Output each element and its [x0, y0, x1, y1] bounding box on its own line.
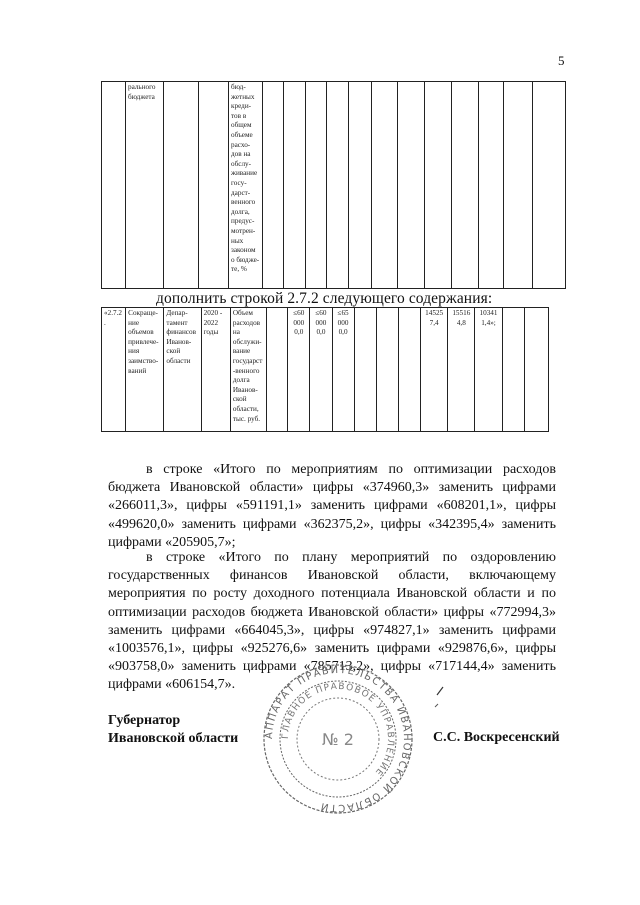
table-row: «2.7.2. Сокраще-ние объемов привлече-ния…	[102, 308, 549, 432]
cell-value-2020: 14525 7,4	[421, 308, 448, 432]
cell	[452, 82, 479, 289]
cell	[425, 82, 452, 289]
cell	[263, 82, 284, 289]
instruction-text: дополнить строкой 2.7.2 следующего содер…	[156, 290, 492, 308]
cell	[372, 82, 398, 289]
cell-responsible: Депар-тамент финансов Иванов-ской област…	[164, 308, 201, 432]
stamp-center-text: № 2	[322, 730, 354, 749]
cell-responsible	[164, 82, 199, 289]
signatory-title-line2: Ивановской области	[108, 730, 238, 748]
cell	[504, 82, 533, 289]
signatory-title: Губернатор Ивановской области	[108, 712, 238, 748]
cell-value-2021: 15516 4,8	[448, 308, 475, 432]
amendment-paragraph-1: в строке «Итого по мероприятиям по оптим…	[108, 461, 556, 552]
cell	[524, 308, 548, 432]
cell	[267, 308, 288, 432]
cell	[479, 82, 504, 289]
cell	[533, 82, 566, 289]
cell	[349, 82, 372, 289]
cell	[502, 308, 524, 432]
cell-number	[102, 82, 126, 289]
cell-target-2021: ≤60 000 0,0	[310, 308, 332, 432]
cell	[398, 308, 420, 432]
cell	[354, 308, 376, 432]
cell-indicator: Объем расходов на обслужи-вание государс…	[230, 308, 266, 432]
cell	[398, 82, 425, 289]
new-row-table: «2.7.2. Сокраще-ние объемов привлече-ния…	[101, 307, 549, 432]
page-number: 5	[558, 53, 565, 69]
cell-value-2022: 10341 1,4»;	[475, 308, 502, 432]
cell-target-2020: ≤60 000 0,0	[288, 308, 310, 432]
signatory-title-line1: Губернатор	[108, 712, 238, 730]
table-row: рального бюджета бюд-жетных креди-тов в …	[102, 82, 566, 289]
signature-mark-icon	[433, 683, 453, 713]
cell-target-2022: ≤65 000 0,0	[332, 308, 354, 432]
cell	[327, 82, 349, 289]
cell	[284, 82, 306, 289]
cell-measure: Сокраще-ние объемов привлече-ния заимств…	[126, 308, 164, 432]
official-stamp-icon: АППАРАТ ПРАВИТЕЛЬСТВА ИВАНОВСКОЙ ОБЛАСТИ…	[258, 663, 418, 815]
cell-period	[199, 82, 229, 289]
cell-number: «2.7.2.	[102, 308, 126, 432]
cell-measure: рального бюджета	[126, 82, 164, 289]
cell-period: 2020 - 2022 годы	[201, 308, 230, 432]
cell	[306, 82, 327, 289]
cell	[376, 308, 398, 432]
cell-indicator: бюд-жетных креди-тов в общем объеме расх…	[229, 82, 263, 289]
top-table-fragment: рального бюджета бюд-жетных креди-тов в …	[101, 81, 566, 289]
signatory-name: С.С. Воскресенский	[433, 730, 560, 746]
